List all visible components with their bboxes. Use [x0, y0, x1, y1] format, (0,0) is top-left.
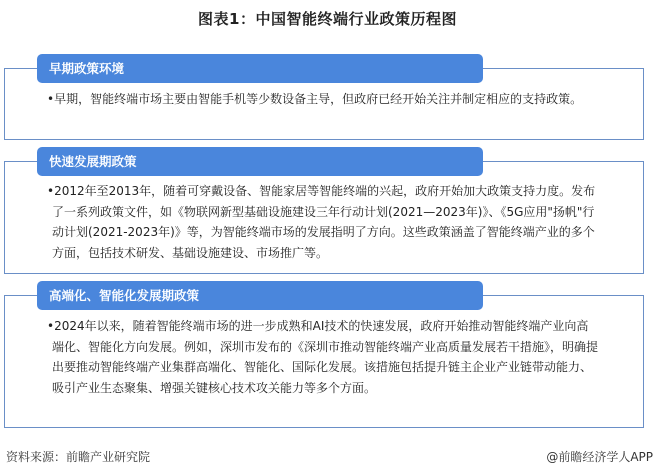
- section-body: •2012年至2013年，随着可穿戴设备、智能家居等智能终端的兴起，政府开始加大…: [52, 181, 600, 263]
- section-early-policy: 早期政策环境 •早期，智能终端市场主要由智能手机等少数设备主导，但政府已经开始关…: [4, 54, 644, 140]
- chart-title: 图表1：中国智能终端行业政策历程图: [0, 8, 655, 29]
- section-text: 2024年以来，随着智能终端市场的进一步成熟和AI技术的快速发展，政府开始推动智…: [52, 319, 598, 395]
- section-body: •早期，智能终端市场主要由智能手机等少数设备主导，但政府已经开始关注并制定相应的…: [52, 89, 600, 110]
- section-heading: 快速发展期政策: [37, 147, 483, 176]
- section-text: 2012年至2013年，随着可穿戴设备、智能家居等智能终端的兴起，政府开始加大政…: [52, 184, 595, 260]
- section-heading: 早期政策环境: [37, 54, 483, 83]
- section-text: 早期，智能终端市场主要由智能手机等少数设备主导，但政府已经开始关注并制定相应的支…: [54, 92, 582, 106]
- credit-note: @前瞻经济学人APP: [546, 448, 653, 465]
- source-note: 资料来源：前瞻产业研究院: [6, 448, 150, 465]
- section-body: •2024年以来，随着智能终端市场的进一步成熟和AI技术的快速发展，政府开始推动…: [52, 316, 600, 398]
- section-heading: 高端化、智能化发展期政策: [37, 281, 483, 310]
- section-high-end-policy: 高端化、智能化发展期政策 •2024年以来，随着智能终端市场的进一步成熟和AI技…: [4, 281, 644, 428]
- section-rapid-growth-policy: 快速发展期政策 •2012年至2013年，随着可穿戴设备、智能家居等智能终端的兴…: [4, 147, 644, 274]
